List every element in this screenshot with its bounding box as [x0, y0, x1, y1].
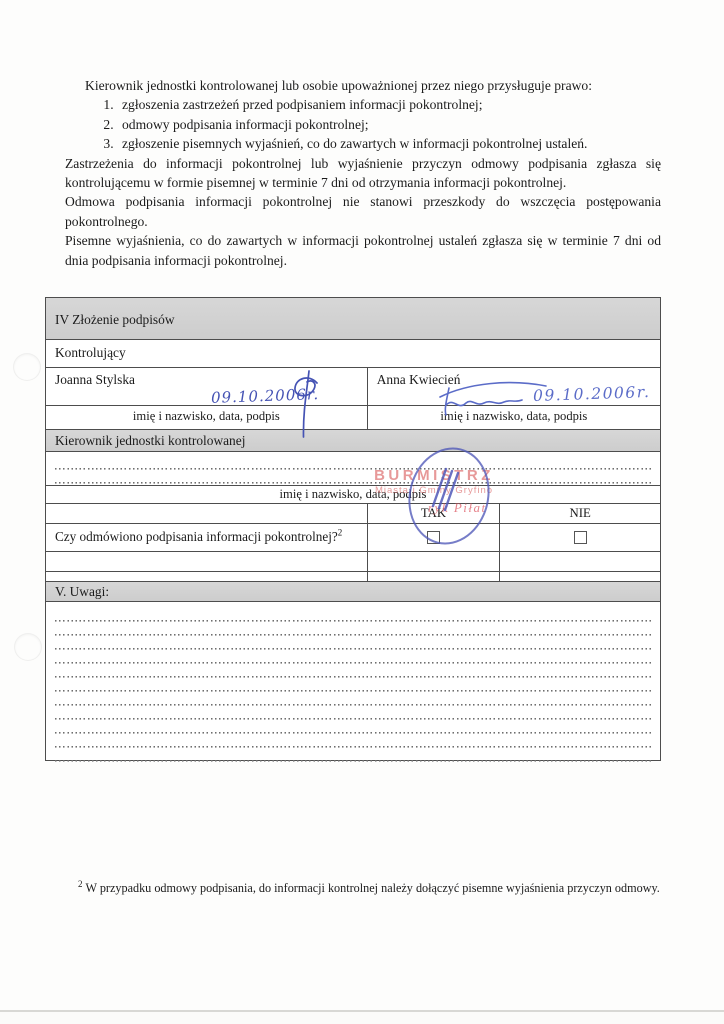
section-v-header: V. Uwagi: — [46, 582, 660, 602]
uwagi-write-area — [46, 602, 660, 760]
empty-row — [46, 552, 660, 572]
refusal-question-text: Czy odmówiono podpisania informacji poko… — [55, 529, 338, 544]
intro-paragraph-3: Pisemne wyjaśnienia, co do zawartych w i… — [65, 231, 661, 270]
handwritten-date-left: 09.10.2006r. — [211, 385, 320, 407]
nie-checkbox[interactable] — [574, 531, 587, 544]
section-iv-header: IV Złożenie podpisów — [46, 298, 660, 340]
controller-right-caption: imię i nazwisko, data, podpis — [368, 406, 660, 429]
manager-header: Kierownik jednostki kontrolowanej — [46, 430, 660, 452]
refusal-question-cell: Czy odmówiono podpisania informacji poko… — [46, 524, 368, 551]
footnote: 2W przypadku odmowy podpisania, do infor… — [66, 880, 660, 898]
empty-cell — [46, 552, 368, 571]
rights-list: zgłoszenia zastrzeżeń przed podpisaniem … — [65, 95, 661, 153]
rights-list-item-2: odmowy podpisania informacji pokontrolne… — [117, 115, 661, 134]
scanned-document-page: Kierownik jednostki kontrolowanej lub os… — [0, 0, 724, 1024]
punch-hole — [15, 634, 41, 660]
empty-cell — [368, 552, 501, 571]
rights-list-item-1: zgłoszenia zastrzeżeń przed podpisaniem … — [117, 95, 661, 114]
yes-no-header-row: TAK NIE — [46, 504, 660, 524]
intro-paragraph-1: Zastrzeżenia do informacji pokontrolnej … — [65, 154, 661, 193]
no-header-cell: NIE — [500, 504, 660, 523]
controllers-label: Kontrolujący — [46, 340, 660, 368]
signatures-table: IV Złożenie podpisów Kontrolujący Joanna… — [45, 297, 661, 761]
no-checkbox-cell — [500, 524, 660, 551]
intro-lead: Kierownik jednostki kontrolowanej lub os… — [65, 76, 661, 95]
page-bottom-margin — [0, 1012, 724, 1024]
empty-cell — [46, 572, 368, 581]
controller-left-name: Joanna Stylska — [46, 368, 368, 405]
punch-hole — [14, 354, 40, 380]
rights-list-item-3: zgłoszenie pisemnych wyjaśnień, co do za… — [117, 134, 661, 153]
intro-section: Kierownik jednostki kontrolowanej lub os… — [65, 76, 661, 270]
footnote-text: W przypadku odmowy podpisania, do inform… — [86, 881, 660, 895]
footnote-ref: 2 — [78, 879, 83, 889]
question-footnote-ref: 2 — [338, 528, 343, 538]
empty-row — [46, 572, 660, 582]
refusal-question-row: Czy odmówiono podpisania informacji poko… — [46, 524, 660, 552]
empty-cell — [500, 572, 660, 581]
empty-cell — [368, 572, 501, 581]
intro-paragraph-2: Odmowa podpisania informacji pokontrolne… — [65, 192, 661, 231]
yes-no-header-empty-cell — [46, 504, 368, 523]
empty-cell — [500, 552, 660, 571]
controller-captions-row: imię i nazwisko, data, podpis imię i naz… — [46, 406, 660, 430]
controller-left-caption: imię i nazwisko, data, podpis — [46, 406, 368, 429]
